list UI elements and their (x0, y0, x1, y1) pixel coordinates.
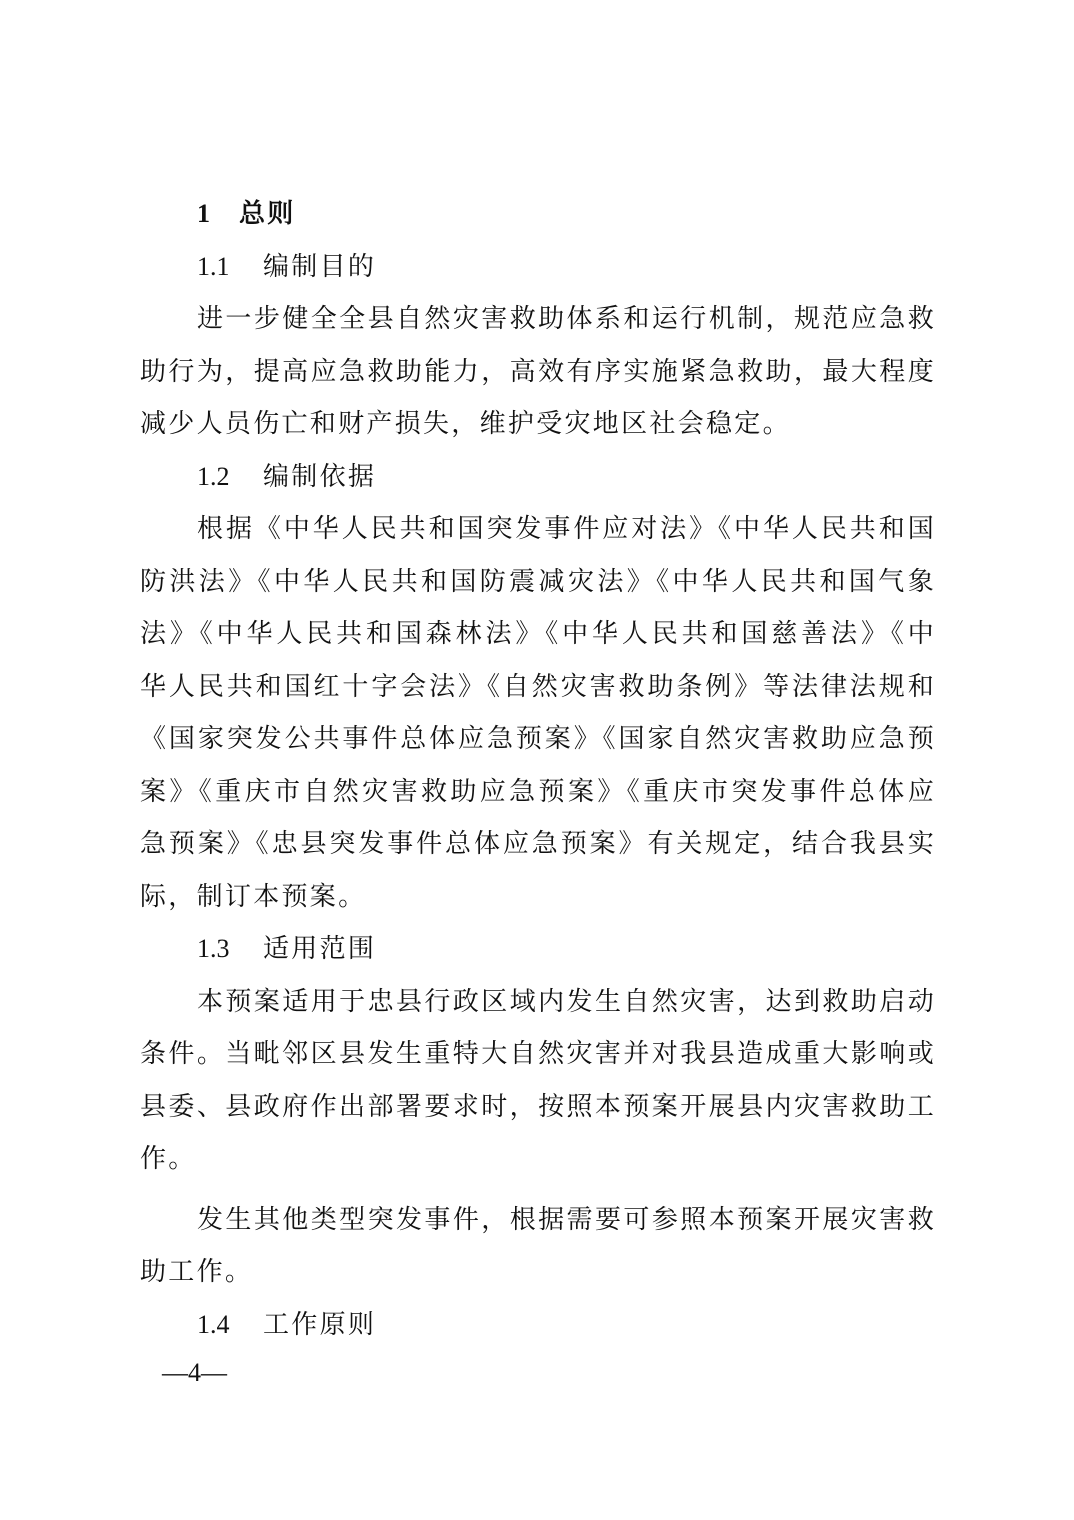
paragraph-line: 条件。当毗邻区县发生重特大自然灾害并对我县造成重大影响或 (140, 1028, 936, 1081)
section-title: 编制依据 (263, 462, 376, 492)
paragraph-line: 根据《中华人民共和国突发事件应对法》《中华人民共和国 (140, 503, 936, 556)
section-number: 1.1 (197, 241, 263, 294)
paragraph-line: 《国家突发公共事件总体应急预案》《国家自然灾害救助应急预 (140, 713, 936, 766)
paragraph-line: 防洪法》《中华人民共和国防震减灾法》《中华人民共和国气象 (140, 556, 936, 609)
section-number: 1.3 (197, 923, 263, 976)
section-title: 总则 (239, 199, 296, 229)
section-heading-1-2: 1.2编制依据 (140, 451, 936, 504)
paragraph-line: 华人民共和国红十字会法》《自然灾害救助条例》等法律法规和 (140, 661, 936, 714)
paragraph-line: 助行为，提高应急救助能力，高效有序实施紧急救助，最大程度 (140, 346, 936, 399)
paragraph-line: 减少人员伤亡和财产损失，维护受灾地区社会稳定。 (140, 398, 936, 451)
paragraph-line: 本预案适用于忠县行政区域内发生自然灾害，达到救助启动 (140, 976, 936, 1029)
section-number: 1.2 (197, 451, 263, 504)
section-number: 1.4 (197, 1299, 263, 1352)
section-number: 1 (197, 188, 239, 241)
section-heading-1-3: 1.3适用范围 (140, 923, 936, 976)
paragraph-line: 进一步健全全县自然灾害救助体系和运行机制，规范应急救 (140, 293, 936, 346)
paragraph-line: 案》《重庆市自然灾害救助应急预案》《重庆市突发事件总体应 (140, 766, 936, 819)
paragraph-line: 急预案》《忠县突发事件总体应急预案》有关规定，结合我县实 (140, 818, 936, 871)
section-title: 适用范围 (263, 934, 376, 964)
section-heading-1: 1总则 (140, 188, 936, 241)
section-heading-1-1: 1.1编制目的 (140, 241, 936, 294)
section-title: 编制目的 (263, 252, 376, 282)
document-body: 1总则 1.1编制目的 进一步健全全县自然灾害救助体系和运行机制，规范应急救 助… (140, 188, 936, 1351)
page-number: —4— (162, 1358, 227, 1388)
section-heading-1-4: 1.4工作原则 (140, 1299, 936, 1352)
paragraph-line: 际，制订本预案。 (140, 871, 936, 924)
paragraph-line: 法》《中华人民共和国森林法》《中华人民共和国慈善法》《中 (140, 608, 936, 661)
document-page: 1总则 1.1编制目的 进一步健全全县自然灾害救助体系和运行机制，规范应急救 助… (0, 0, 1074, 1520)
paragraph-line: 发生其他类型突发事件，根据需要可参照本预案开展灾害救 (140, 1194, 936, 1247)
paragraph-line: 助工作。 (140, 1246, 936, 1299)
section-title: 工作原则 (263, 1310, 376, 1340)
paragraph-line: 作。 (140, 1133, 936, 1186)
paragraph-line: 县委、县政府作出部署要求时，按照本预案开展县内灾害救助工 (140, 1081, 936, 1134)
